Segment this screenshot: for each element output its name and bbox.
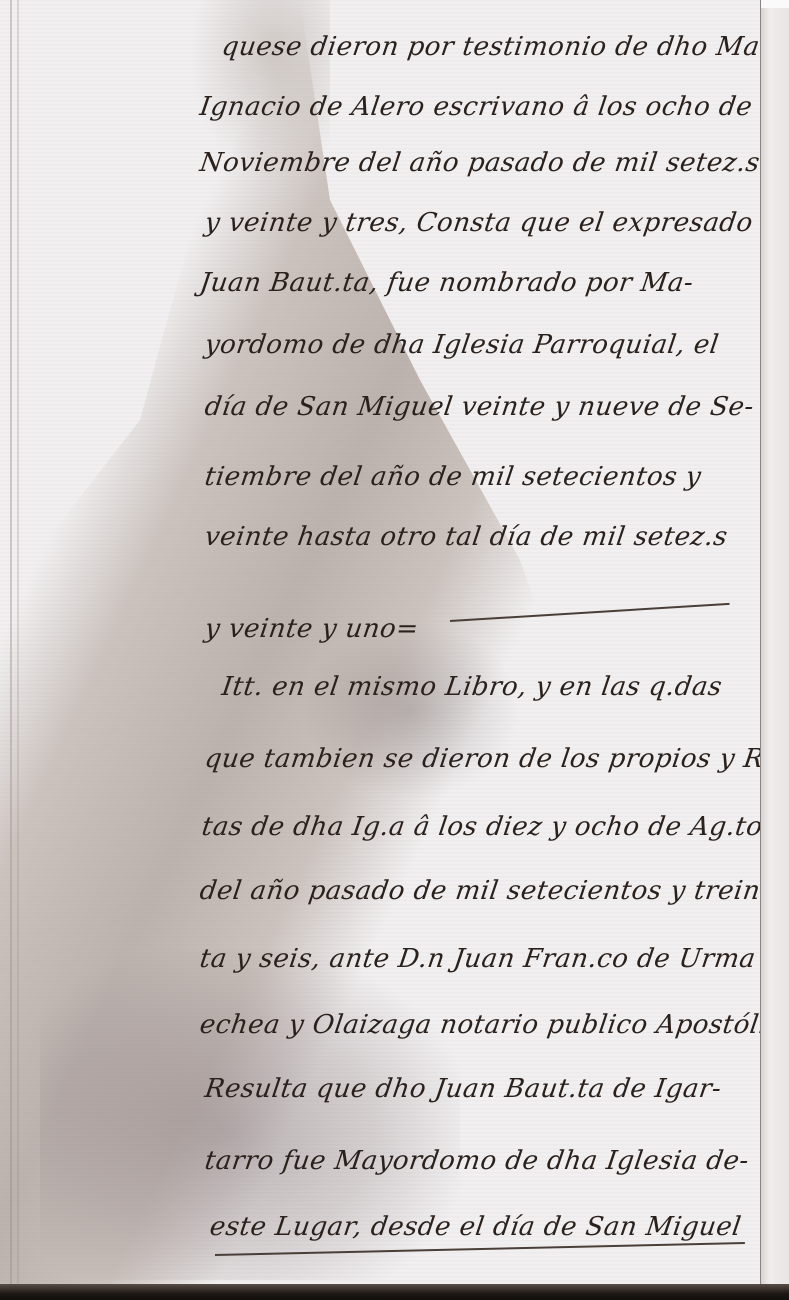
book-bottom-edge xyxy=(0,1284,789,1300)
line-filler-rule xyxy=(450,603,730,622)
text-line: Itt. en el mismo Libro, y en las q.das xyxy=(220,672,724,702)
text-line: Noviembre del año pasado de mil setez.s xyxy=(198,148,760,178)
text-line: del año pasado de mil setecientos y trei… xyxy=(198,876,760,906)
text-line: Ignacio de Alero escrivano â los ocho de xyxy=(198,92,754,122)
handwritten-text: quese dieron por testimonio de dho Man.l… xyxy=(0,0,760,1288)
text-line: y veinte y tres, Consta que el expresado xyxy=(203,208,755,238)
text-line: tiembre del año de mil setecientos y xyxy=(203,462,703,492)
manuscript-page: quese dieron por testimonio de dho Man.l… xyxy=(0,0,760,1288)
text-line: veinte hasta otro tal día de mil setez.s xyxy=(203,522,730,552)
text-line: tarro fue Mayordomo de dha Iglesia de- xyxy=(203,1146,751,1176)
text-line: Juan Baut.ta, fue nombrado por Ma- xyxy=(198,268,696,298)
adjacent-page-edge xyxy=(760,0,789,1288)
text-line: este Lugar, desde el día de San Miguel xyxy=(208,1212,743,1242)
text-line: quese dieron por testimonio de dho Man.l xyxy=(220,32,760,62)
text-line: y veinte y uno= xyxy=(203,614,421,644)
text-line: que tambien se dieron de los propios y R… xyxy=(203,744,760,774)
line-filler-rule xyxy=(215,1242,745,1256)
text-line: Resulta que dho Juan Baut.ta de Igar- xyxy=(203,1074,724,1104)
text-line: tas de dha Ig.a â los diez y ocho de Ag.… xyxy=(200,812,760,842)
text-line: día de San Miguel veinte y nueve de Se- xyxy=(203,392,756,422)
text-line: echea y Olaizaga notario publico Apostól… xyxy=(198,1010,760,1040)
page-edge-gap xyxy=(761,0,789,8)
text-line: yordomo de dha Iglesia Parroquial, el xyxy=(203,330,721,360)
text-line: ta y seis, ante D.n Juan Fran.co de Urma xyxy=(198,944,758,974)
